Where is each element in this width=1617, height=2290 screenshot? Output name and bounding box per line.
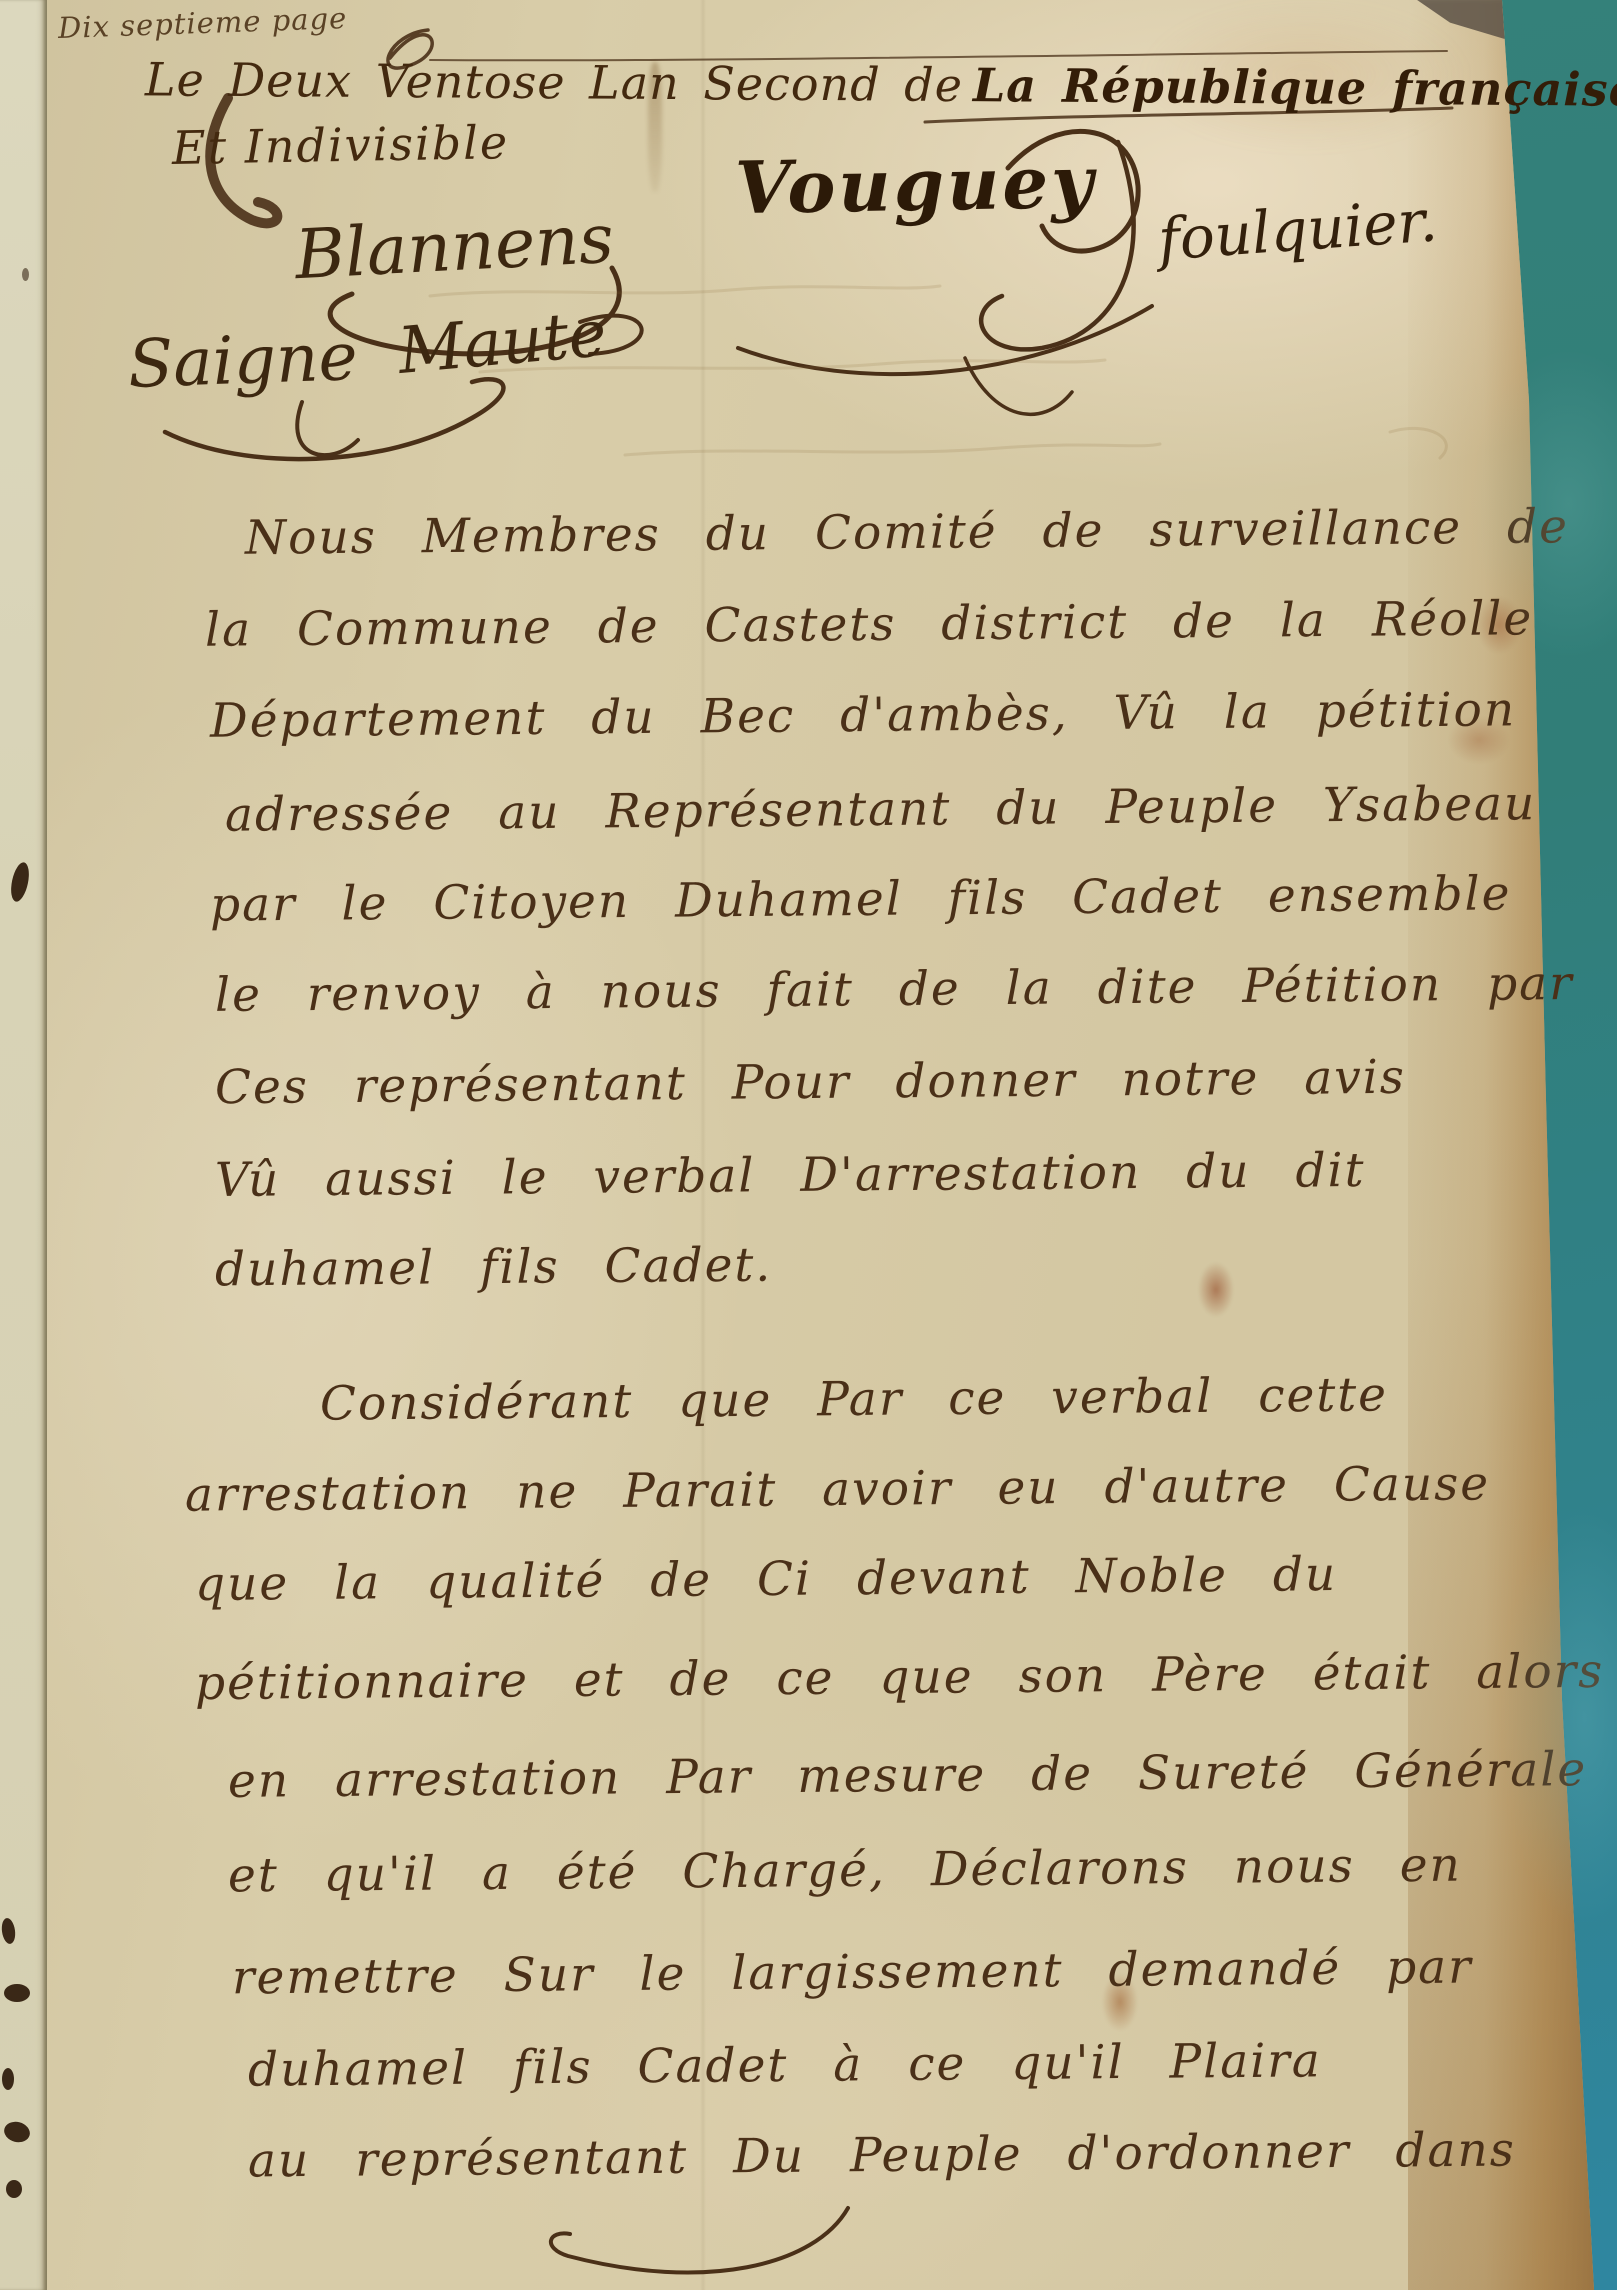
manuscript-page (0, 0, 1617, 2290)
page-corner-shadow (1398, 0, 1528, 46)
underlying-page-edge (0, 0, 47, 2290)
page-edge-foxing (1408, 0, 1608, 2290)
manuscript-photo: Dix septieme page Le Deux Ventose Lan Se… (0, 0, 1617, 2290)
